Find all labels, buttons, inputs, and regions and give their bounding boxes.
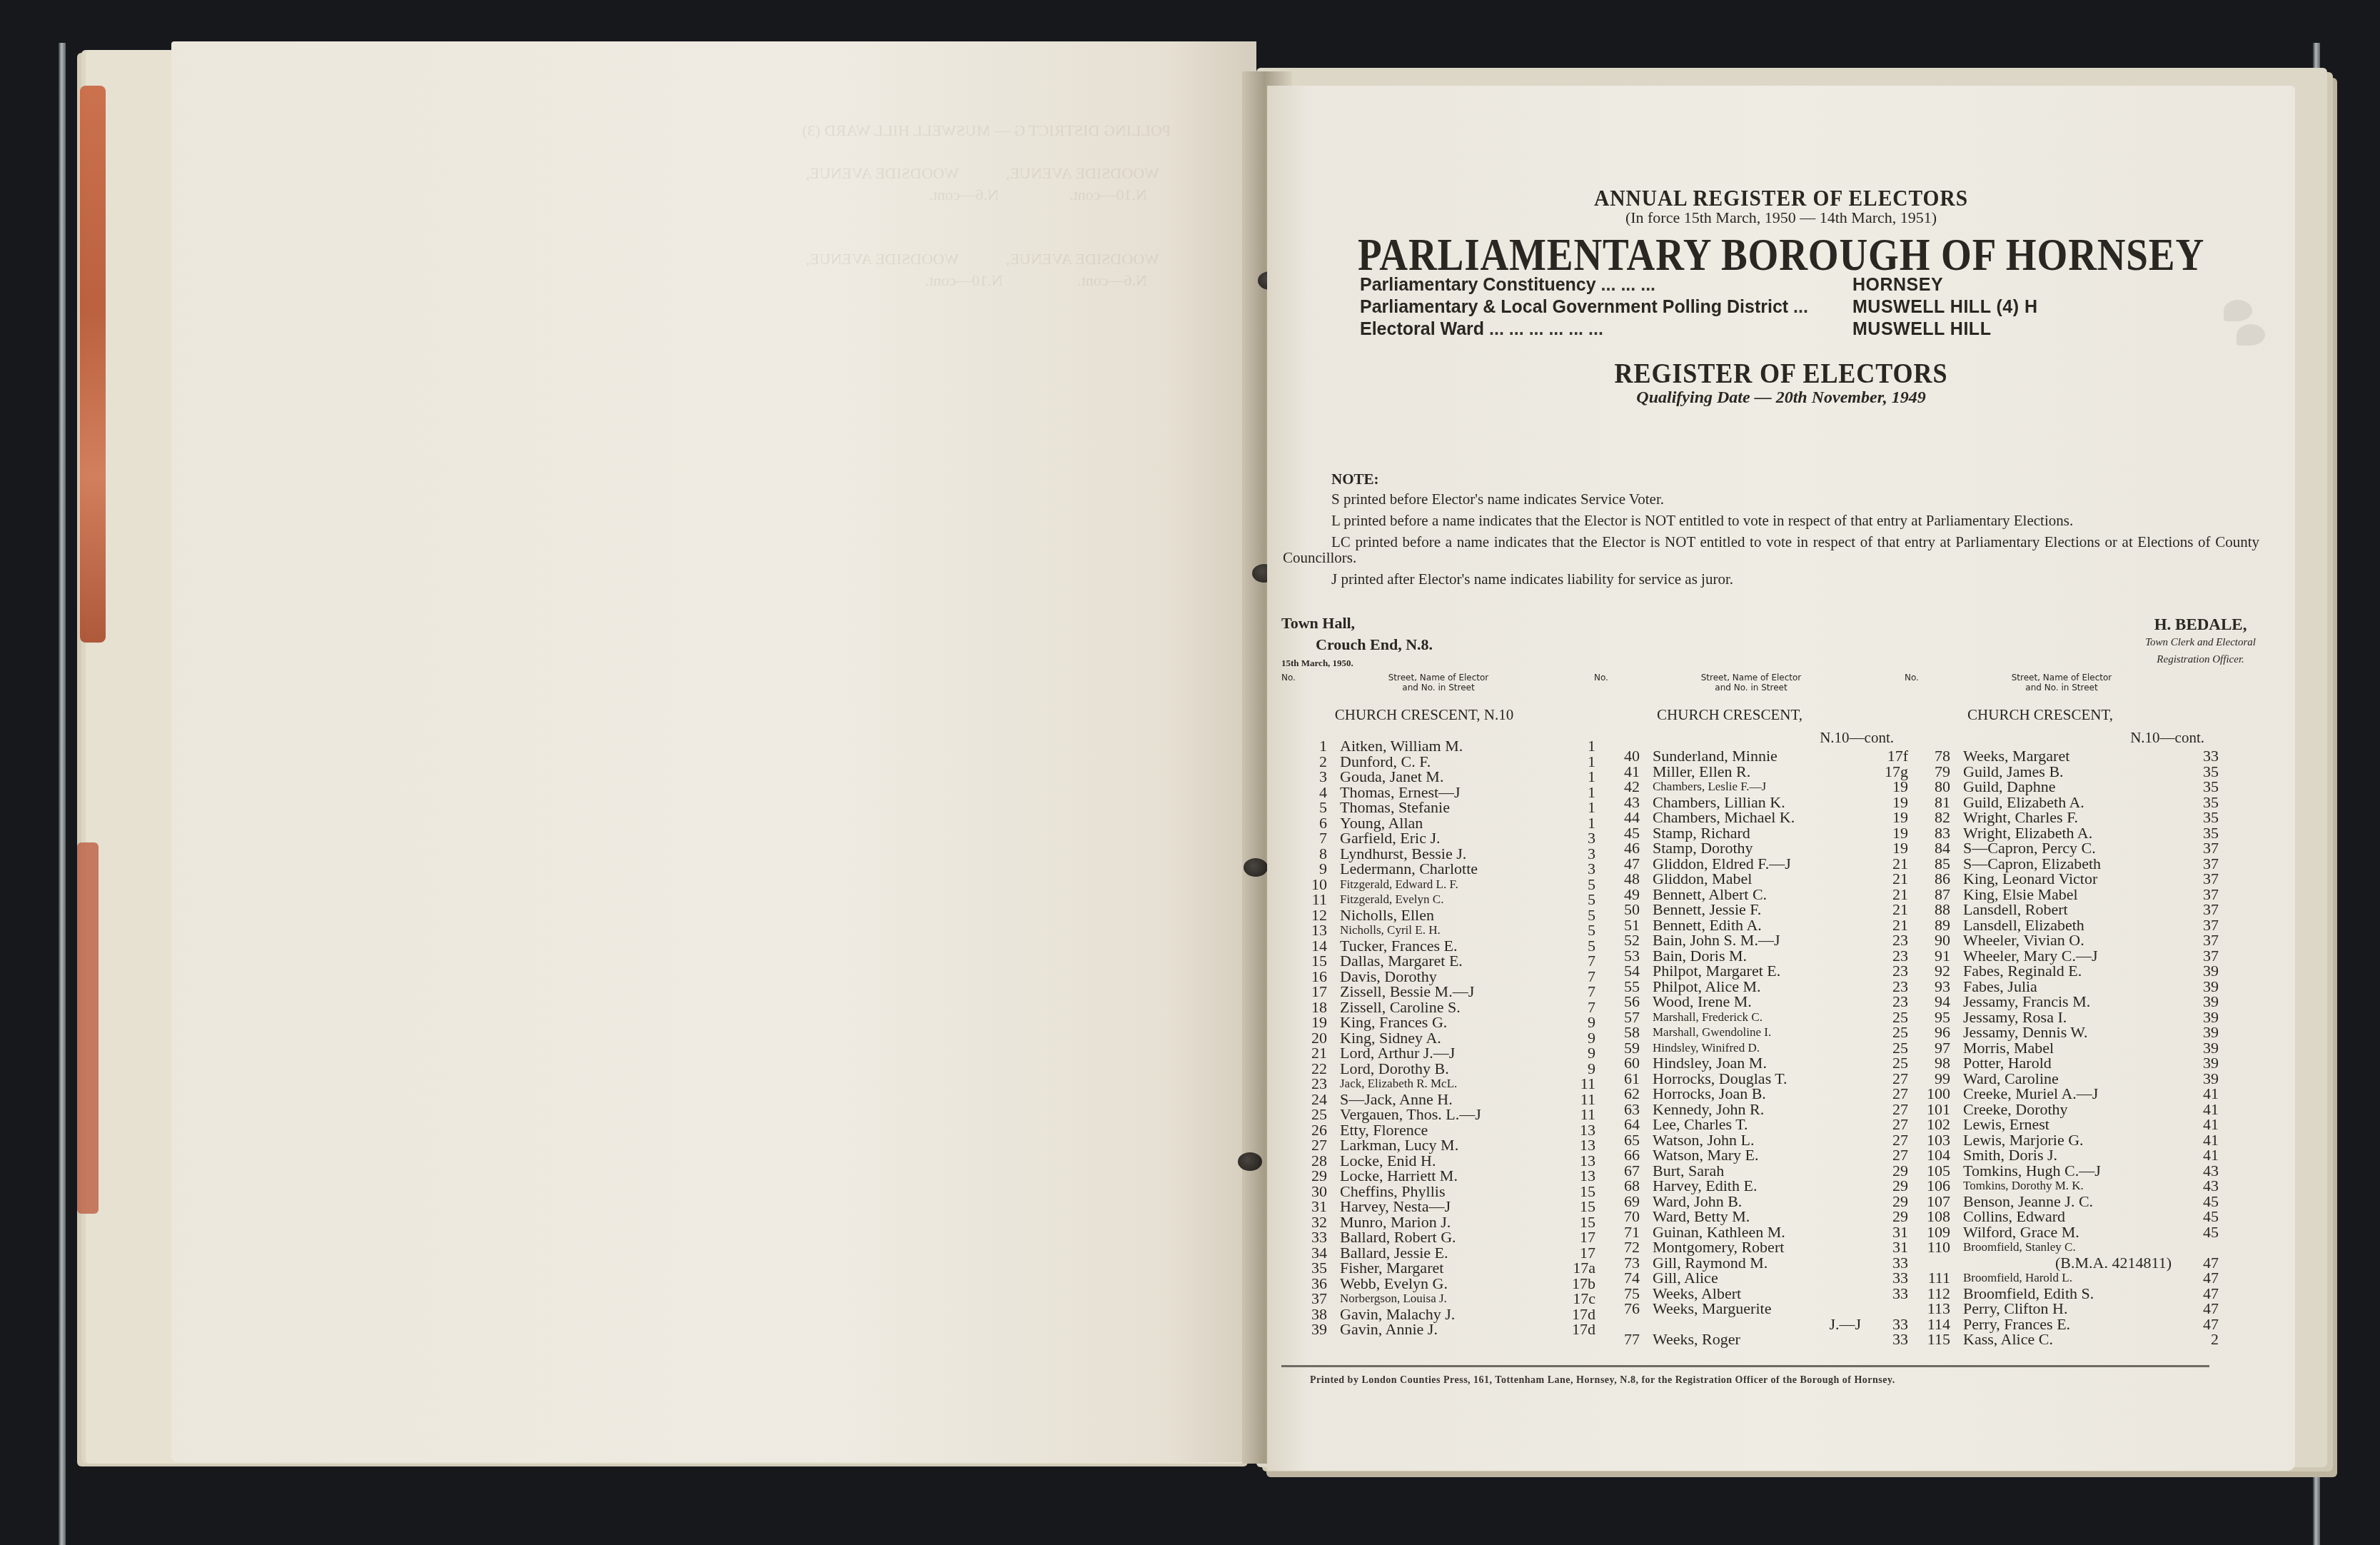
elector-number: 17: [1281, 984, 1340, 1000]
house-number: 29: [1865, 1163, 1908, 1179]
column-header: No. Street, Name of Electorand No. in St…: [1594, 671, 1908, 700]
elector-row: 49Bennett, Albert C.21: [1594, 887, 1908, 902]
elector-number: 11: [1281, 892, 1340, 907]
elector-row: 79Guild, James B.35: [1905, 764, 2219, 780]
elector-row: 25Vergauen, Thos. L.—J11: [1281, 1107, 1595, 1122]
note-juror-marker: J printed after Elector's name indicates…: [1283, 571, 2259, 587]
elector-name: Horrocks, Joan B.: [1653, 1086, 1865, 1102]
elector-number: 74: [1594, 1270, 1653, 1286]
elector-name: Fisher, Margaret: [1340, 1260, 1553, 1276]
house-number: 5: [1553, 892, 1595, 907]
house-number: 21: [1865, 917, 1908, 933]
elector-number: 21: [1281, 1045, 1340, 1061]
house-number: 37: [2176, 948, 2219, 964]
binding-tape: [80, 86, 106, 643]
house-number: 17d: [1553, 1322, 1595, 1337]
elector-row: 83Wright, Elizabeth A.35: [1905, 825, 2219, 841]
elector-row: 100Creeke, Muriel A.—J41: [1905, 1086, 2219, 1102]
elector-number: 18: [1281, 1000, 1340, 1015]
house-number: 37: [2176, 917, 2219, 933]
house-number: 17: [1553, 1245, 1595, 1261]
elector-number: 52: [1594, 932, 1653, 948]
house-number: 39: [2176, 963, 2219, 979]
elector-row: 43Chambers, Lillian K.19: [1594, 795, 1908, 810]
elector-name: Guinan, Kathleen M.: [1653, 1224, 1865, 1240]
elector-name: Webb, Evelyn G.: [1340, 1276, 1553, 1292]
elector-name: King, Sidney A.: [1340, 1030, 1553, 1046]
elector-row: 8Lyndhurst, Bessie J.3: [1281, 846, 1595, 862]
elector-number: 62: [1594, 1086, 1653, 1102]
elector-name: Fitzgerald, Edward L. F.: [1340, 877, 1553, 892]
house-number: 27: [1865, 1132, 1908, 1148]
elector-number: 115: [1905, 1332, 1963, 1347]
elector-row: 95Jessamy, Rosa I.39: [1905, 1010, 2219, 1025]
house-number: 5: [1553, 877, 1595, 892]
meta-row-constituency: Parliamentary Constituency ... ... ... H…: [1360, 274, 2037, 296]
house-number: 39: [2176, 1025, 2219, 1040]
house-number: 17b: [1553, 1276, 1595, 1292]
elector-number: 54: [1594, 963, 1653, 979]
elector-number: 7: [1281, 830, 1340, 846]
elector-number: 30: [1281, 1184, 1340, 1199]
elector-number: 91: [1905, 948, 1963, 964]
house-number: 37: [2176, 871, 2219, 887]
elector-row: 91Wheeler, Mary C.—J37: [1905, 948, 2219, 964]
elector-name: Guild, James B.: [1963, 764, 2176, 780]
polling-district-value: MUSWELL HILL (4) H: [1852, 296, 2037, 318]
elector-number: 111: [1905, 1270, 1963, 1286]
elector-number: 57: [1594, 1010, 1653, 1025]
elector-row: 18Zissell, Caroline S.7: [1281, 1000, 1595, 1015]
house-number: 1: [1553, 738, 1595, 754]
house-number: 13: [1553, 1137, 1595, 1153]
elector-name: Lansdell, Elizabeth: [1963, 917, 2176, 933]
elector-number: 87: [1905, 887, 1963, 902]
elector-name: Bennett, Jessie F.: [1653, 902, 1865, 917]
elector-name: Locke, Enid H.: [1340, 1153, 1553, 1169]
note-section: NOTE: S printed before Elector's name in…: [1283, 471, 2259, 593]
elector-name: Tucker, Frances E.: [1340, 938, 1553, 954]
house-number: 33: [1865, 1286, 1908, 1302]
elector-name: Wright, Charles F.: [1963, 810, 2176, 825]
elector-number: 2: [1281, 754, 1340, 770]
house-number: 41: [2176, 1086, 2219, 1102]
house-number: 45: [2176, 1209, 2219, 1224]
elector-row: 66Watson, Mary E.27: [1594, 1147, 1908, 1163]
elector-name: Broomfield, Stanley C.: [1963, 1239, 2176, 1255]
note-lc-marker: LC printed before a name indicates that …: [1283, 534, 2259, 565]
elector-row: 5Thomas, Stefanie1: [1281, 800, 1595, 815]
elector-number: 90: [1905, 932, 1963, 948]
elector-row: 42Chambers, Leslie F.—J19: [1594, 779, 1908, 795]
elector-row: 84S—Capron, Percy C.37: [1905, 840, 2219, 856]
house-number: 39: [2176, 994, 2219, 1010]
meta-row-polling-district: Parliamentary & Local Government Polling…: [1360, 296, 2037, 318]
elector-number: 58: [1594, 1025, 1653, 1040]
house-number: 47: [2176, 1317, 2219, 1332]
house-number: 13: [1553, 1153, 1595, 1169]
elector-name: Stamp, Dorothy: [1653, 840, 1865, 856]
house-number: 41: [2176, 1117, 2219, 1132]
elector-row: 98Potter, Harold39: [1905, 1055, 2219, 1071]
house-number: 39: [2176, 1010, 2219, 1025]
elector-row: 73Gill, Raymond M.33: [1594, 1255, 1908, 1271]
house-number: 25: [1865, 1025, 1908, 1040]
elector-name: Bain, John S. M.—J: [1653, 932, 1865, 948]
elector-name: Bennett, Edith A.: [1653, 917, 1865, 933]
elector-name: Chambers, Lillian K.: [1653, 795, 1865, 810]
elector-row: 38Gavin, Malachy J.17d: [1281, 1307, 1595, 1322]
house-number: 37: [2176, 887, 2219, 902]
register-page: ANNUAL REGISTER OF ELECTORS (In force 15…: [1267, 86, 2295, 1471]
elector-number: 22: [1281, 1061, 1340, 1077]
elector-name: Burt, Sarah: [1653, 1163, 1865, 1179]
elector-number: 55: [1594, 979, 1653, 995]
house-number: 27: [1865, 1086, 1908, 1102]
elector-row: 58Marshall, Gwendoline I.25: [1594, 1025, 1908, 1040]
column-header: No. Street, Name of Electorand No. in St…: [1281, 671, 1595, 700]
elector-row: 26Etty, Florence13: [1281, 1122, 1595, 1138]
elector-name: Lewis, Marjorie G.: [1963, 1132, 2176, 1148]
elector-number: 53: [1594, 948, 1653, 964]
elector-number: 75: [1594, 1286, 1653, 1302]
elector-row: 16Davis, Dorothy7: [1281, 969, 1595, 985]
elector-number: 34: [1281, 1245, 1340, 1261]
house-number: 5: [1553, 907, 1595, 923]
elector-name: Tomkins, Hugh C.—J: [1963, 1163, 2176, 1179]
elector-row: 17Zissell, Bessie M.—J7: [1281, 984, 1595, 1000]
constituency-details: Parliamentary Constituency ... ... ... H…: [1360, 274, 2037, 341]
elector-name: Lewis, Ernest: [1963, 1117, 2176, 1132]
elector-name: Watson, John L.: [1653, 1132, 1865, 1148]
elector-number: 108: [1905, 1209, 1963, 1224]
house-number: 27: [1865, 1117, 1908, 1132]
elector-number: 71: [1594, 1224, 1653, 1240]
elector-row: 33Ballard, Robert G.17: [1281, 1229, 1595, 1245]
elector-name: Dallas, Margaret E.: [1340, 953, 1553, 969]
elector-row: 72Montgomery, Robert31: [1594, 1239, 1908, 1255]
elector-name: Perry, Clifton H.: [1963, 1301, 2176, 1317]
elector-row: 9Ledermann, Charlotte3: [1281, 861, 1595, 877]
elector-name: Miller, Ellen R.: [1653, 764, 1865, 780]
elector-name: Gill, Raymond M.: [1653, 1255, 1865, 1271]
elector-row: 6Young, Allan1: [1281, 815, 1595, 831]
elector-row: 75Weeks, Albert33: [1594, 1286, 1908, 1302]
elector-number: 37: [1281, 1291, 1340, 1307]
elector-number: 94: [1905, 994, 1963, 1010]
elector-row: 4Thomas, Ernest—J1: [1281, 785, 1595, 800]
house-number: 15: [1553, 1184, 1595, 1199]
elector-number: 84: [1905, 840, 1963, 856]
elector-name: Wheeler, Mary C.—J: [1963, 948, 2176, 964]
house-number: 37: [2176, 932, 2219, 948]
elector-number: 110: [1905, 1239, 1963, 1255]
elector-number: 51: [1594, 917, 1653, 933]
house-number: 17: [1553, 1229, 1595, 1245]
elector-row: 96Jessamy, Dennis W.39: [1905, 1025, 2219, 1040]
house-number: 19: [1865, 795, 1908, 810]
elector-row: 45Stamp, Richard19: [1594, 825, 1908, 841]
elector-row: 2Dunford, C. F.1: [1281, 754, 1595, 770]
elector-number: [1905, 1255, 1963, 1271]
elector-number: 10: [1281, 877, 1340, 892]
house-number: 19: [1865, 840, 1908, 856]
elector-number: 41: [1594, 764, 1653, 780]
elector-row: J.—J33: [1594, 1317, 1908, 1332]
elector-row: 10Fitzgerald, Edward L. F.5: [1281, 877, 1595, 892]
house-number: 35: [2176, 779, 2219, 795]
house-number: 31: [1865, 1239, 1908, 1255]
elector-row: 101Creeke, Dorothy41: [1905, 1102, 2219, 1117]
elector-number: 12: [1281, 907, 1340, 923]
elector-number: 67: [1594, 1163, 1653, 1179]
elector-name: Thomas, Stefanie: [1340, 800, 1553, 815]
elector-row: 63Kennedy, John R.27: [1594, 1102, 1908, 1117]
elector-row: 60Hindsley, Joan M.25: [1594, 1055, 1908, 1071]
elector-number: 70: [1594, 1209, 1653, 1224]
elector-number: 92: [1905, 963, 1963, 979]
elector-row: 52Bain, John S. M.—J23: [1594, 932, 1908, 948]
house-number: 35: [2176, 810, 2219, 825]
elector-row: 102Lewis, Ernest41: [1905, 1117, 2219, 1132]
elector-name: Norbergson, Louisa J.: [1340, 1291, 1553, 1307]
elector-number: 82: [1905, 810, 1963, 825]
house-number: 39: [2176, 1055, 2219, 1071]
street-continued: N.10—cont.: [1905, 730, 2219, 745]
elector-number: 60: [1594, 1055, 1653, 1071]
elector-name: Locke, Harriett M.: [1340, 1168, 1553, 1184]
elector-name: Ballard, Jessie E.: [1340, 1245, 1553, 1261]
elector-name: Ward, Caroline: [1963, 1071, 2176, 1087]
elector-name: Gill, Alice: [1653, 1270, 1865, 1286]
library-stamp-icon: [2224, 300, 2266, 350]
elector-row: 39Gavin, Annie J.17d: [1281, 1322, 1595, 1337]
bleed-through-text: POLLING DISTRICT G — MUSWELL HILL WARD (…: [528, 120, 1171, 648]
elector-row: 71Guinan, Kathleen M.31: [1594, 1224, 1908, 1240]
house-number: 39: [2176, 979, 2219, 995]
elector-row: 46Stamp, Dorothy19: [1594, 840, 1908, 856]
house-number: 37: [2176, 856, 2219, 872]
house-number: 29: [1865, 1178, 1908, 1194]
signatory-name: H. BEDALE,: [2145, 615, 2256, 634]
elector-number: 104: [1905, 1147, 1963, 1163]
house-number: 39: [2176, 1040, 2219, 1056]
elector-number: 38: [1281, 1307, 1340, 1322]
elector-number: 48: [1594, 871, 1653, 887]
house-number: 27: [1865, 1102, 1908, 1117]
house-number: 7: [1553, 953, 1595, 969]
elector-number: 24: [1281, 1092, 1340, 1107]
house-number: 35: [2176, 764, 2219, 780]
house-number: 9: [1553, 1030, 1595, 1046]
elector-name: Guild, Daphne: [1963, 779, 2176, 795]
house-number: 41: [2176, 1132, 2219, 1148]
elector-row: 20King, Sidney A.9: [1281, 1030, 1595, 1046]
elector-row: 76Weeks, Marguerite: [1594, 1301, 1908, 1317]
elector-row: 31Harvey, Nesta—J15: [1281, 1199, 1595, 1214]
elector-number: 89: [1905, 917, 1963, 933]
house-number: 33: [2176, 748, 2219, 764]
elector-number: 69: [1594, 1194, 1653, 1209]
elector-name: Fabes, Reginald E.: [1963, 963, 2176, 979]
elector-name: Fitzgerald, Evelyn C.: [1340, 892, 1553, 907]
elector-name: Nicholls, Cyril E. H.: [1340, 922, 1553, 938]
elector-number: 47: [1594, 856, 1653, 872]
elector-row: 47Gliddon, Eldred F.—J21: [1594, 856, 1908, 872]
elector-name: Zissell, Bessie M.—J: [1340, 984, 1553, 1000]
elector-row: 14Tucker, Frances E.5: [1281, 938, 1595, 954]
elector-name: King, Leonard Victor: [1963, 871, 2176, 887]
elector-row: 93Fabes, Julia39: [1905, 979, 2219, 995]
elector-row: 97Morris, Mabel39: [1905, 1040, 2219, 1056]
elector-name: Collins, Edward: [1963, 1209, 2176, 1224]
elector-row: 89Lansdell, Elizabeth37: [1905, 917, 2219, 933]
elector-number: 50: [1594, 902, 1653, 917]
elector-number: 6: [1281, 815, 1340, 831]
house-number: 7: [1553, 984, 1595, 1000]
elector-row: 53Bain, Doris M.23: [1594, 948, 1908, 964]
house-number: 33: [1865, 1332, 1908, 1347]
elector-number: 39: [1281, 1322, 1340, 1337]
elector-name: Gliddon, Mabel: [1653, 871, 1865, 887]
elector-name: Jessamy, Francis M.: [1963, 994, 2176, 1010]
register-title: REGISTER OF ELECTORS: [1328, 356, 2233, 390]
elector-list: 40Sunderland, Minnie17f41Miller, Ellen R…: [1594, 748, 1908, 1347]
elector-name: Larkman, Lucy M.: [1340, 1137, 1553, 1153]
elector-row: 51Bennett, Edith A.21: [1594, 917, 1908, 933]
elector-row: 105Tomkins, Hugh C.—J43: [1905, 1163, 2219, 1179]
elector-row: 108Collins, Edward45: [1905, 1209, 2219, 1224]
elector-name: Potter, Harold: [1963, 1055, 2176, 1071]
elector-row: 61Horrocks, Douglas T.27: [1594, 1071, 1908, 1087]
house-number: 47: [2176, 1255, 2219, 1271]
elector-row: 11Fitzgerald, Evelyn C.5: [1281, 892, 1595, 907]
elector-row: 29Locke, Harriett M.13: [1281, 1168, 1595, 1184]
elector-number: 98: [1905, 1055, 1963, 1071]
street-continued: N.10—cont.: [1594, 730, 1908, 745]
elector-name: Chambers, Michael K.: [1653, 810, 1865, 825]
elector-name: Ward, Betty M.: [1653, 1209, 1865, 1224]
house-number: 27: [1865, 1071, 1908, 1087]
house-number: 3: [1553, 861, 1595, 877]
elector-row: 24S—Jack, Anne H.11: [1281, 1092, 1595, 1107]
elector-name: Bain, Doris M.: [1653, 948, 1865, 964]
house-number: 47: [2176, 1270, 2219, 1286]
elector-number: 66: [1594, 1147, 1653, 1163]
house-number: 41: [2176, 1102, 2219, 1117]
elector-name: Kass, Alice C.: [1963, 1332, 2176, 1347]
house-number: 2: [2176, 1332, 2219, 1347]
elector-name: Garfield, Eric J.: [1340, 830, 1553, 846]
elector-name: Lord, Arthur J.—J: [1340, 1045, 1553, 1061]
house-number: 1: [1553, 800, 1595, 815]
elector-number: 96: [1905, 1025, 1963, 1040]
elector-name: King, Frances G.: [1340, 1015, 1553, 1030]
qualifying-date: Qualifying Date — 20th November, 1949: [1267, 388, 2295, 408]
elector-number: 95: [1905, 1010, 1963, 1025]
elector-name: Wheeler, Vivian O.: [1963, 932, 2176, 948]
elector-name: Kennedy, John R.: [1653, 1102, 1865, 1117]
elector-name: Sunderland, Minnie: [1653, 748, 1865, 764]
elector-row: 78Weeks, Margaret33: [1905, 748, 2219, 764]
elector-row: 94Jessamy, Francis M.39: [1905, 994, 2219, 1010]
street-heading: CHURCH CRESCENT,: [1594, 707, 1908, 723]
house-number: 29: [1865, 1194, 1908, 1209]
elector-row: 112Broomfield, Edith S.47: [1905, 1286, 2219, 1302]
elector-number: 79: [1905, 764, 1963, 780]
meta-row-ward: Electoral Ward ... ... ... ... ... ... M…: [1360, 318, 2037, 341]
elector-row: 67Burt, Sarah29: [1594, 1163, 1908, 1179]
elector-row: 107Benson, Jeanne J. C.45: [1905, 1194, 2219, 1209]
elector-number: 99: [1905, 1071, 1963, 1087]
elector-number: 112: [1905, 1286, 1963, 1302]
house-number: 3: [1553, 830, 1595, 846]
elector-name: Hindsley, Winifred D.: [1653, 1040, 1865, 1056]
elector-name: S—Capron, Percy C.: [1963, 840, 2176, 856]
house-number: 9: [1553, 1045, 1595, 1061]
elector-number: 42: [1594, 779, 1653, 795]
house-number: 37: [2176, 902, 2219, 917]
elector-row: 115Kass, Alice C.2: [1905, 1332, 2219, 1347]
elector-row: 87King, Elsie Mabel37: [1905, 887, 2219, 902]
elector-row: 65Watson, John L.27: [1594, 1132, 1908, 1148]
elector-number: 16: [1281, 969, 1340, 985]
house-number: 13: [1553, 1122, 1595, 1138]
elector-row: 57Marshall, Frederick C.25: [1594, 1010, 1908, 1025]
house-number: 23: [1865, 963, 1908, 979]
elector-row: 55Philpot, Alice M.23: [1594, 979, 1908, 995]
house-number: 11: [1553, 1107, 1595, 1122]
elector-name: Dunford, C. F.: [1340, 754, 1553, 770]
elector-number: 15: [1281, 953, 1340, 969]
elector-name: Wilford, Grace M.: [1963, 1224, 2176, 1240]
house-number: 7: [1553, 969, 1595, 985]
house-number: 43: [2176, 1163, 2219, 1179]
elector-number: 3: [1281, 769, 1340, 785]
elector-row: 82Wright, Charles F.35: [1905, 810, 2219, 825]
elector-number: 9: [1281, 861, 1340, 877]
house-number: 25: [1865, 1010, 1908, 1025]
elector-name: Ballard, Robert G.: [1340, 1229, 1553, 1245]
elector-name: Lansdell, Robert: [1963, 902, 2176, 917]
house-number: 1: [1553, 815, 1595, 831]
house-number: 25: [1865, 1055, 1908, 1071]
house-number: 29: [1865, 1209, 1908, 1224]
elector-number: 26: [1281, 1122, 1340, 1138]
elector-number: 93: [1905, 979, 1963, 995]
elector-row: 103Lewis, Marjorie G.41: [1905, 1132, 2219, 1148]
left-page: POLLING DISTRICT G — MUSWELL HILL WARD (…: [171, 41, 1256, 1462]
house-number: 13: [1553, 1168, 1595, 1184]
elector-number: 88: [1905, 902, 1963, 917]
elector-row: 15Dallas, Margaret E.7: [1281, 953, 1595, 969]
elector-name: Lee, Charles T.: [1653, 1117, 1865, 1132]
elector-row: 56Wood, Irene M.23: [1594, 994, 1908, 1010]
elector-number: 102: [1905, 1117, 1963, 1132]
elector-name: Munro, Marion J.: [1340, 1214, 1553, 1230]
elector-name: Broomfield, Harold L.: [1963, 1270, 2176, 1286]
elector-name: Watson, Mary E.: [1653, 1147, 1865, 1163]
elector-number: 81: [1905, 795, 1963, 810]
street-heading: CHURCH CRESCENT, N.10: [1281, 707, 1595, 723]
elector-number: 105: [1905, 1163, 1963, 1179]
elector-name: Ledermann, Charlotte: [1340, 861, 1553, 877]
elector-name: Zissell, Caroline S.: [1340, 1000, 1553, 1015]
house-number: 15: [1553, 1199, 1595, 1214]
elector-number: 97: [1905, 1040, 1963, 1056]
elector-number: 29: [1281, 1168, 1340, 1184]
elector-row: 81Guild, Elizabeth A.35: [1905, 795, 2219, 810]
